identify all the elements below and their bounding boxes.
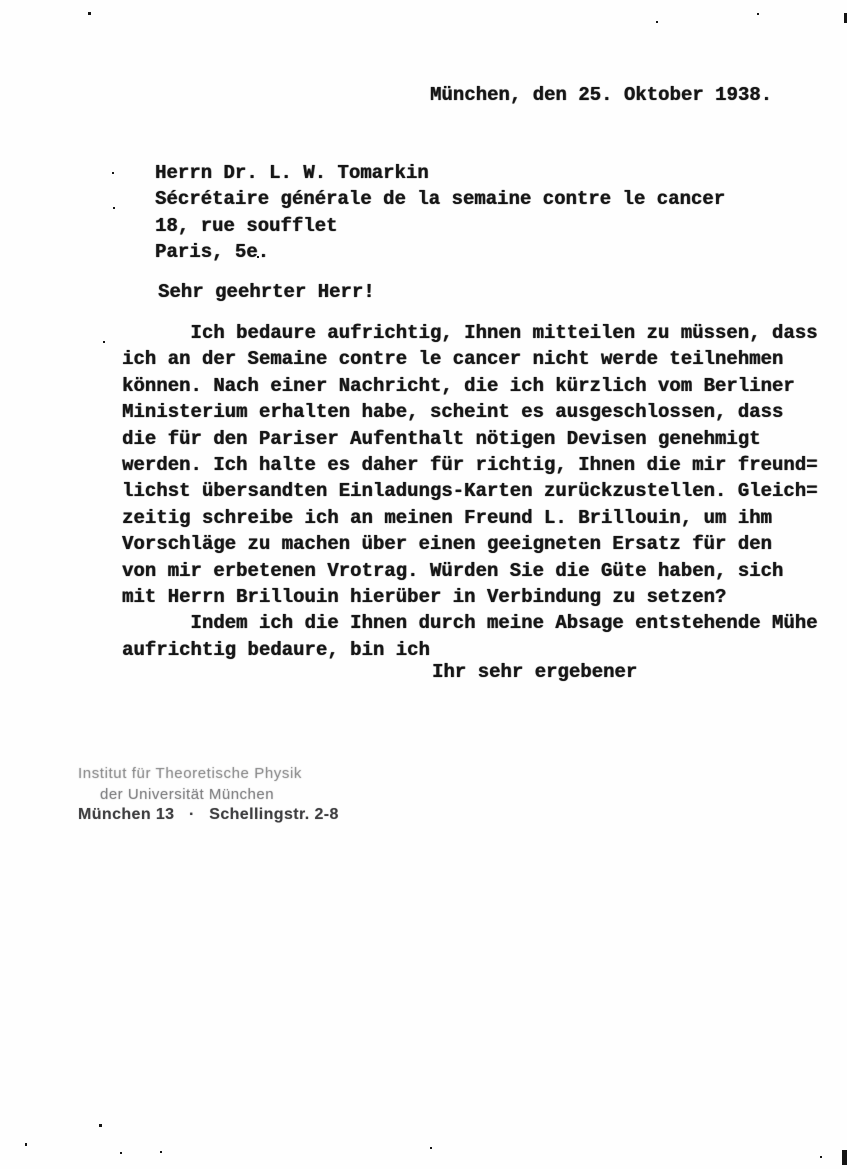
scan-speck [120,1152,122,1154]
department-stamp-line-1: Institut für Theoretische Physik [78,765,302,782]
salutation: Sehr geehrter Herr! [158,279,375,305]
scan-speck [757,13,759,15]
scan-speck [25,1143,27,1146]
scan-speck [88,12,91,15]
department-stamp-line-3: München 13 · Schellingstr. 2-8 [78,806,339,824]
department-stamp-line-2: der Universität München [100,786,274,803]
scan-speck [112,172,114,174]
scan-speck [656,21,658,23]
scan-edge-mark [842,1150,847,1165]
closing-line: Ihr sehr ergebener [432,659,637,685]
scanned-letter-page: München, den 25. Oktober 1938. Herrn Dr.… [0,0,847,1169]
scan-speck [820,1156,822,1158]
scan-speck [257,256,259,258]
scan-speck [430,1147,432,1149]
scan-speck [103,341,105,343]
scan-speck [160,1151,162,1153]
letter-body: Ich bedaure aufrichtig, Ihnen mitteilen … [122,320,822,663]
date-line: München, den 25. Oktober 1938. [430,82,772,108]
scan-speck [113,207,115,209]
scan-speck [99,1124,102,1127]
recipient-address: Herrn Dr. L. W. Tomarkin Sécrétaire géné… [155,160,725,266]
